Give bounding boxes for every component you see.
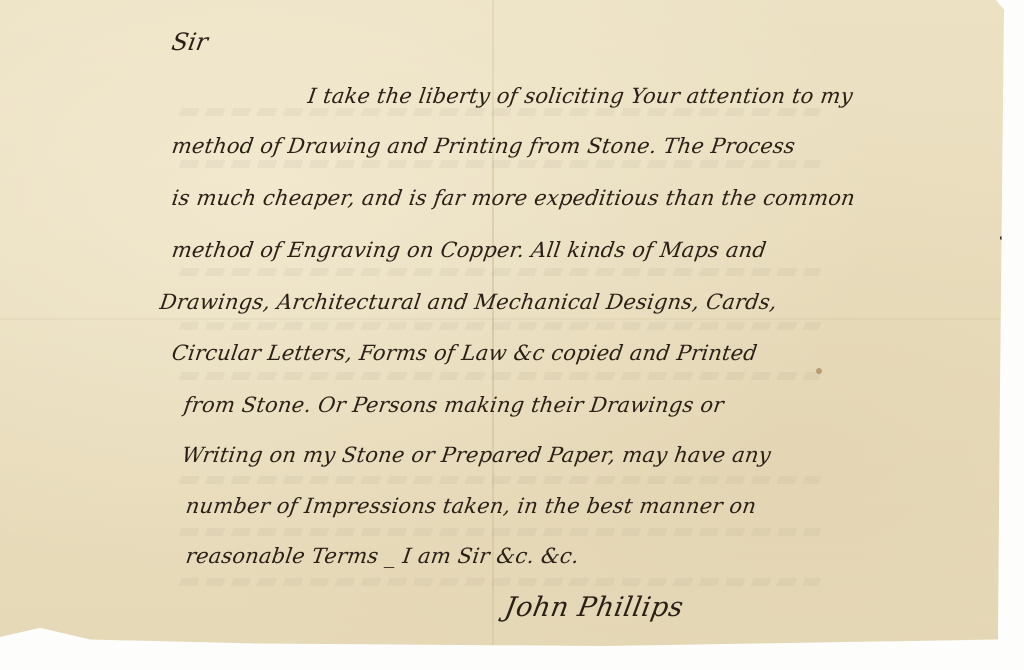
body-line: from Stone. Or Persons making their Draw…	[182, 393, 725, 417]
body-line: I take the liberty of soliciting Your at…	[306, 84, 854, 108]
body-line: method of Drawing and Printing from Ston…	[170, 134, 796, 158]
signature: John Phillips	[502, 592, 686, 623]
salutation: Sir	[170, 28, 211, 56]
body-line: reasonable Terms _ I am Sir &c. &c.	[184, 544, 580, 568]
body-line: method of Engraving on Copper. All kinds…	[170, 238, 768, 262]
body-line: Circular Letters, Forms of Law &c copied…	[170, 341, 758, 365]
body-line: Drawings, Architectural and Mechanical D…	[158, 290, 778, 314]
body-line: is much cheaper, and is far more expedit…	[170, 186, 856, 210]
letter-text: Sir I take the liberty of soliciting You…	[0, 0, 1004, 646]
body-line: number of Impressions taken, in the best…	[184, 494, 758, 518]
letter-scan: Sir I take the liberty of soliciting You…	[0, 0, 1024, 670]
body-line: Writing on my Stone or Prepared Paper, m…	[180, 443, 772, 467]
